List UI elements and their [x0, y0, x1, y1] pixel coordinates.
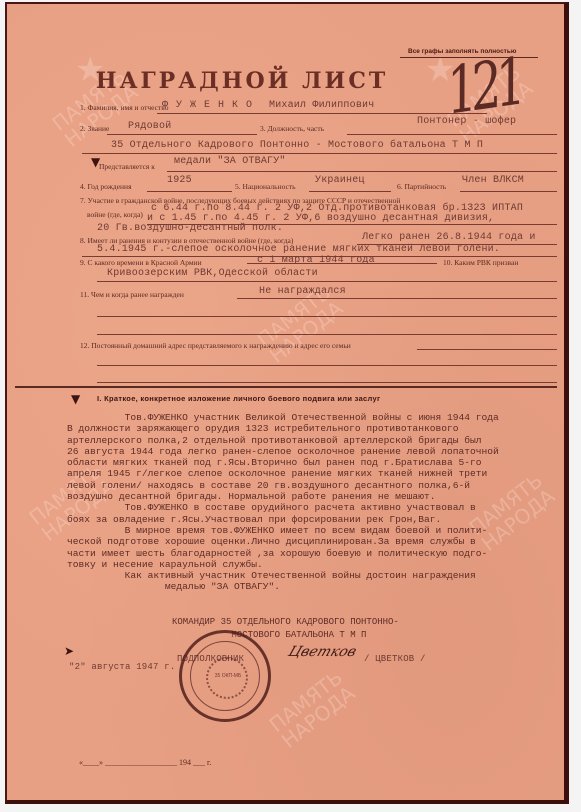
- narrative-line: медалью "ЗА ОТВАГУ".: [67, 581, 547, 592]
- narrative-line: апреля 1945 г/легкое слепое осколочное р…: [67, 468, 547, 479]
- nominated-award-value: медали "ЗА ОТВАГУ": [174, 156, 286, 167]
- commander-signature: Цветков: [286, 644, 359, 660]
- official-seal-stamp: 35 ОКП-МБ: [179, 630, 271, 722]
- birth-year-value: 1925: [167, 175, 192, 186]
- signature-date: "2" августа 1947 г.: [69, 662, 175, 672]
- narrative-line: области мягких тканей под г.Ясы.Вторично…: [67, 457, 547, 468]
- field-party-label: 6. Партийность: [397, 182, 446, 191]
- army-since-value: с 1 марта 1944 года: [257, 255, 375, 266]
- position-value: Понтонер - шофер: [417, 116, 516, 127]
- rank-value: Рядовой: [128, 121, 171, 132]
- narrative-line: В должности заряжающего орудия 1323 истр…: [67, 423, 547, 434]
- field-previous-awards-label: 11. Чем и когда ранее награжден: [80, 290, 184, 299]
- narrative-line: части имеет шесть благодарностей ,за хор…: [67, 548, 547, 559]
- award-sheet-page: ★ ПАМЯТЬНАРОДА ★ ПАМЯТЬНАРОДА ПАМЯТЬНАРО…: [5, 2, 569, 804]
- surname-value: Ф У Ж Е Н К О: [162, 100, 253, 111]
- narrative-line: 26 августа 1944 года легко ранен-слепое …: [67, 446, 547, 457]
- narrative-line: В мирное время тов.ФУЖЕНКО имеет по всем…: [67, 525, 547, 536]
- merit-narrative: Тов.ФУЖЕНКО участник Великой Отечественн…: [67, 412, 547, 593]
- field-name-label: 1. Фамилия, имя и отчество: [80, 103, 169, 112]
- field-position-label: 3. Должность, часть: [260, 124, 324, 133]
- document-title: НАГРАДНОЙ ЛИСТ: [7, 68, 477, 94]
- blank-date-line: «____» __________________ 194 ___ г.: [79, 758, 211, 767]
- field-birth-year-label: 4. Год рождения: [80, 182, 132, 191]
- narrative-line: товку и несение караульной службы.: [67, 559, 547, 570]
- narrative-line: Тов.ФУЖЕНКО в составе орудийного расчета…: [67, 502, 547, 513]
- field-nationality-label: 5. Национальность: [235, 182, 296, 191]
- pin-mark-icon: ➤: [64, 644, 74, 658]
- previous-awards-value: Не награждался: [259, 286, 346, 297]
- given-name-value: Михаил Филиппович: [269, 100, 374, 111]
- narrative-line: Тов.ФУЖЕНКО участник Великой Отечественн…: [67, 412, 547, 423]
- field-army-since-label: 9. С какого времени в Красной Армии: [80, 258, 202, 267]
- field-rank-label: 2. Звание: [80, 124, 109, 133]
- party-value: Член ВЛКСМ: [462, 175, 524, 186]
- unit-value: 35 Отдельного Кадрового Понтонно - Мосто…: [111, 140, 483, 151]
- narrative-line: артеллерского полка,2 отдельной противот…: [67, 435, 547, 446]
- field-rvk-label: 10. Каким РВК призван: [443, 258, 518, 267]
- nationality-value: Украинец: [315, 175, 365, 186]
- field-combat-label-2: войне (где, когда): [87, 210, 143, 219]
- commander-name: / ЦВЕТКОВ /: [364, 654, 426, 664]
- section-heading: I. Краткое, конкретное изложение личного…: [97, 394, 380, 403]
- field-address-label: 12. Постоянный домашний адрес представля…: [80, 341, 351, 350]
- narrative-line: боях за овладение г.Ясы.Участвовал при ф…: [67, 514, 547, 525]
- pin-mark-icon: ▼: [71, 392, 80, 406]
- narrative-line: воздушно десантной бригады. Нормальной р…: [67, 491, 547, 502]
- narrative-line: Как активный участник Отечественной войн…: [67, 570, 547, 581]
- wounds-line-2: 5.4.1945 г.-слепое осколочное ранение мя…: [97, 244, 500, 255]
- watermark: ПАМЯТЬНАРОДА: [266, 667, 358, 751]
- narrative-line: левой голени/ находясь в составе 20 гв.в…: [67, 480, 547, 491]
- combat-line-3: 20 Гв.воздушно-десантный полк.: [97, 223, 283, 234]
- nominated-label: Представляется к: [99, 162, 155, 171]
- wounds-line-1: Легко ранен 26.8.1944 года и: [362, 232, 536, 243]
- narrative-line: ческой подготове хорошие оценки.Лично ди…: [67, 536, 547, 547]
- rvk-value: Кривоозерским РВК,Одесской области: [107, 268, 318, 279]
